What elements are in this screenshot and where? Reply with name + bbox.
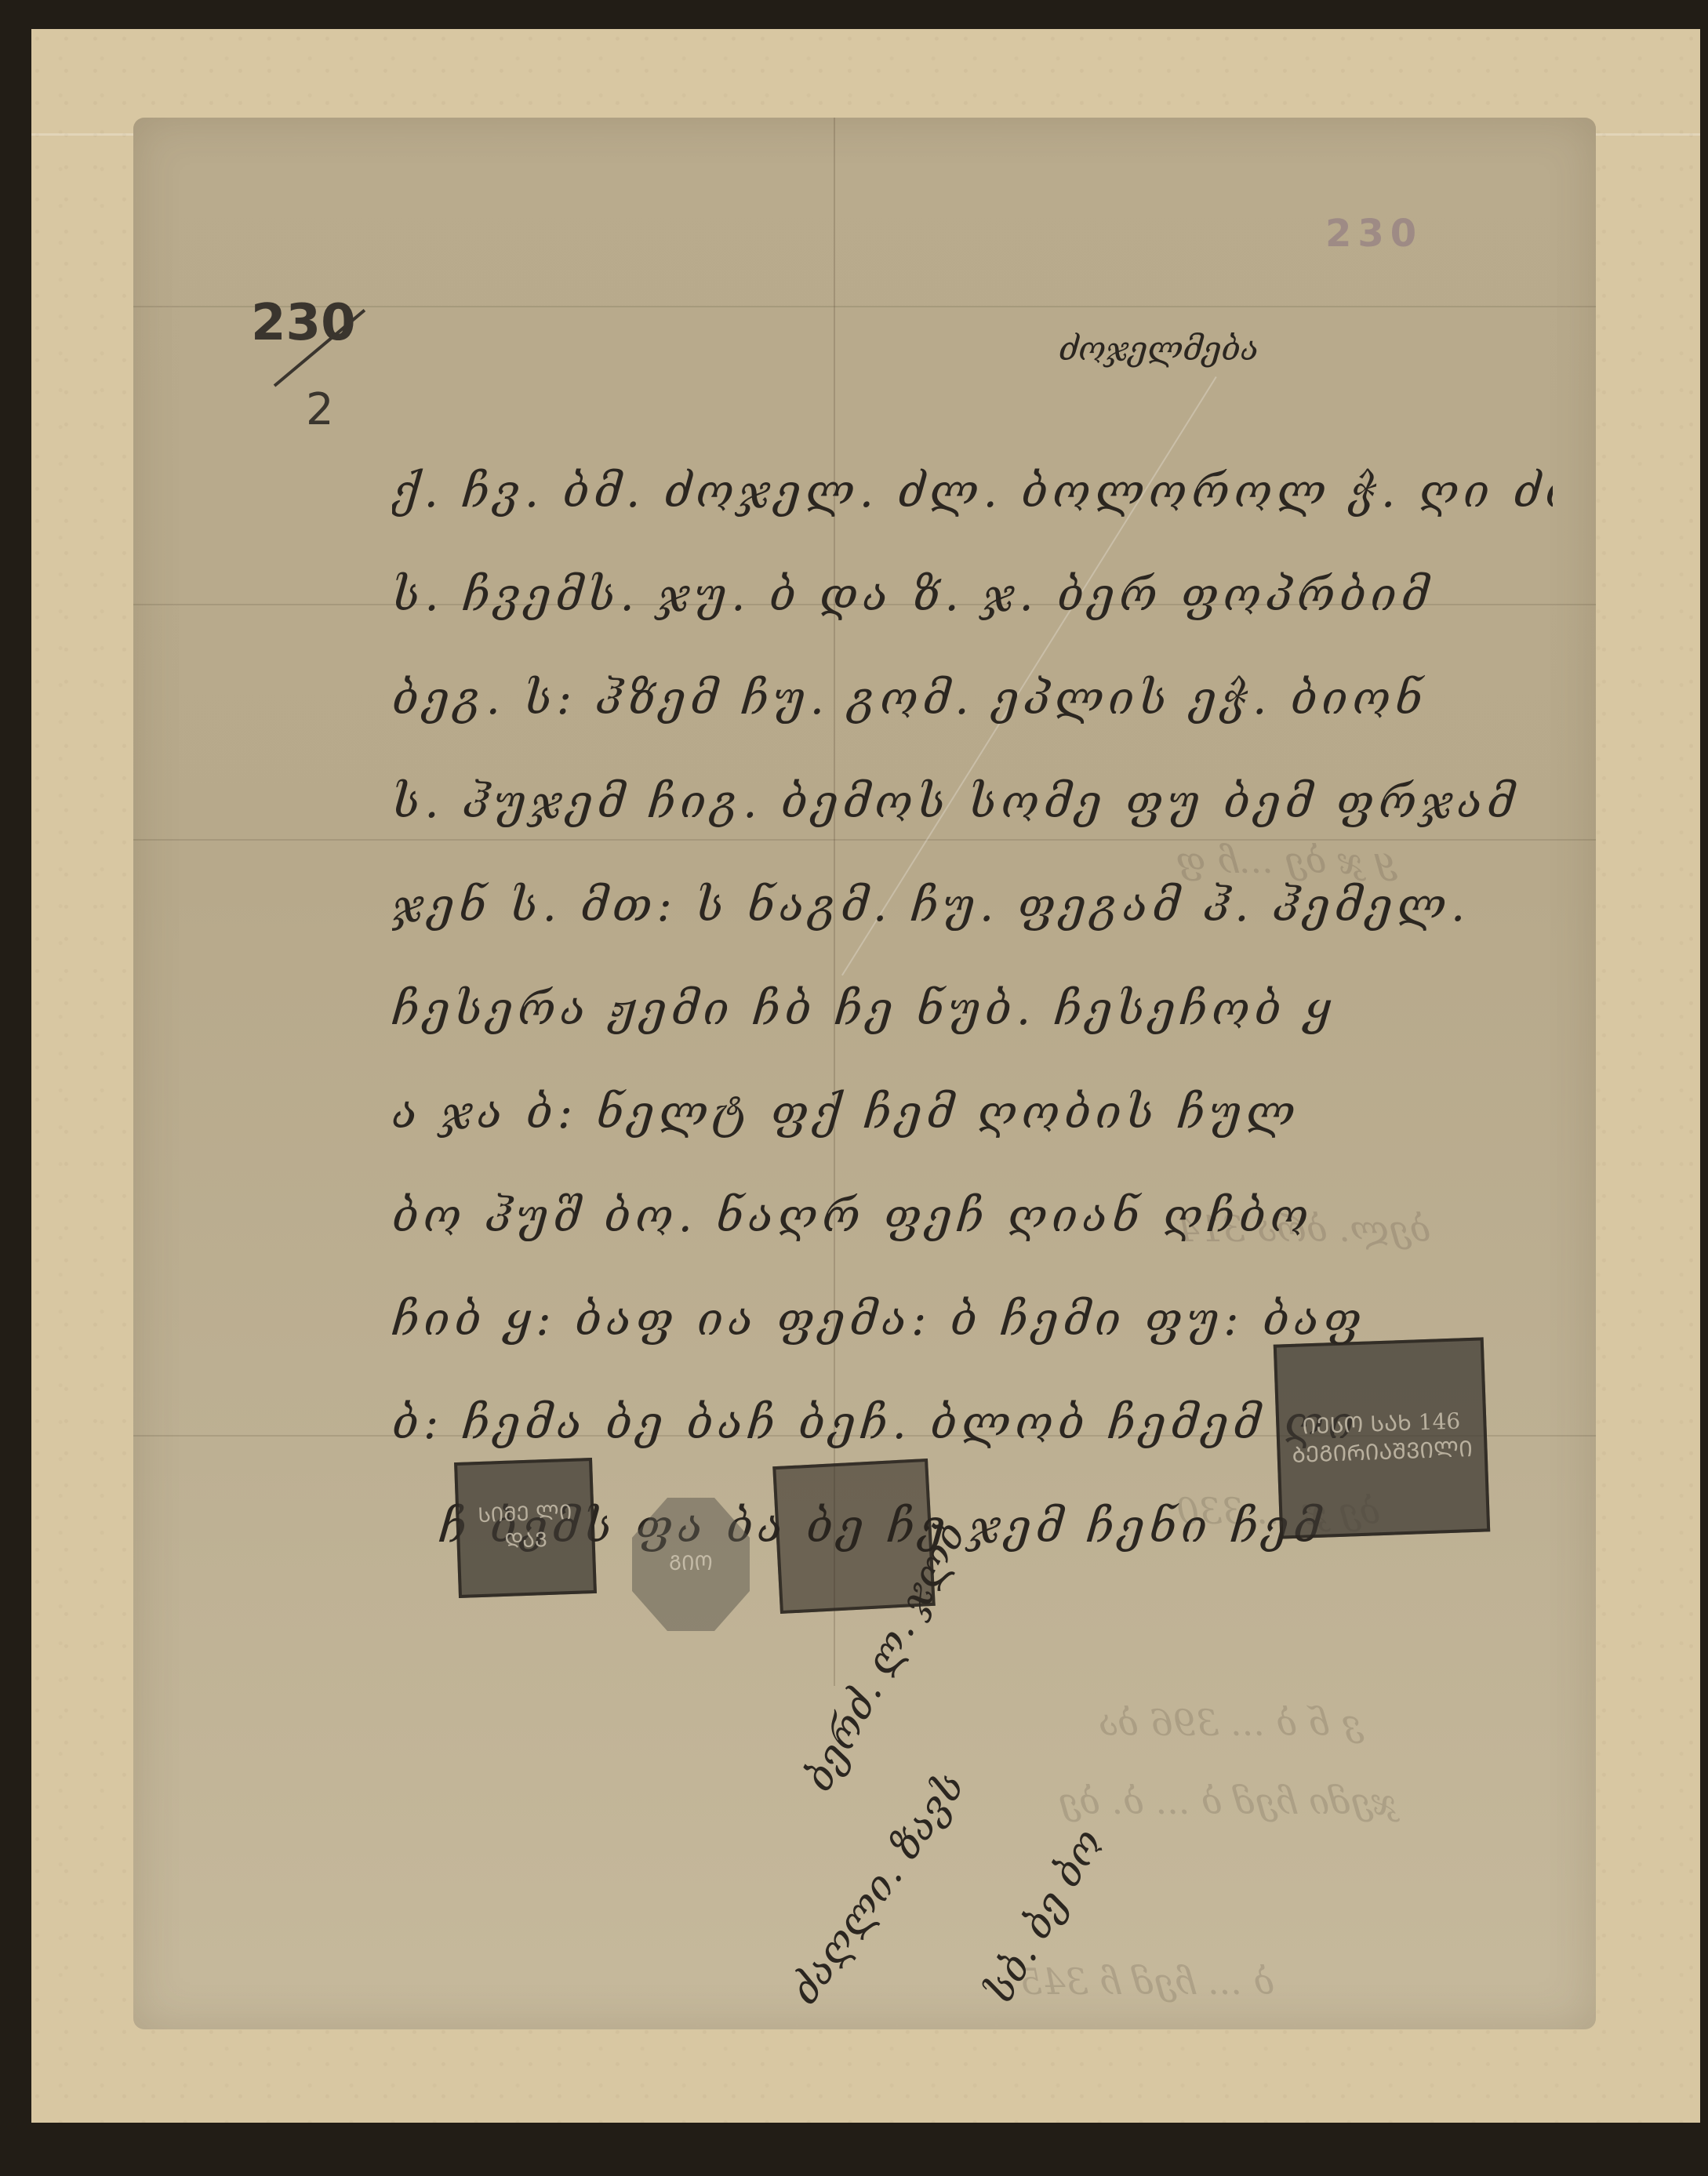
seal-stamp-octagon: ᲒᲘᲝ (632, 1498, 750, 1631)
seal-stamp-large: ᲘᲔᲡᲝ ᲡᲐᲮ 146 ᲑᲔᲒᲘᲠᲘᲐᲨᲕᲘᲚᲘ (1274, 1337, 1490, 1538)
archive-number: 230 (251, 294, 356, 352)
text-line: ს. ჩვემს. ჯუ. ბ და ზ. ჯ. ბერ ფოპრბიმ (392, 543, 1553, 646)
document-title: ძოჯელმება (1059, 329, 1259, 368)
text-line: ბო ჰუშ ბო. ნაღრ ფეჩ ღიან ღჩბო (392, 1164, 1553, 1267)
bleed-through-text: ბ ... ჩემ ჩ 345 (1019, 1960, 1274, 2003)
text-line: ჯენ ს. მთ: ს ნაგმ. ჩუ. ფეგამ ჰ. ჰემელ. (392, 853, 1553, 957)
seal-stamp-square: ᲡᲘᲛᲔ ᲚᲘ ᲓᲐᲕ (454, 1458, 597, 1598)
bleed-through-text: ვ ნ ბ ... 396 ბა (1098, 1702, 1362, 1744)
text-line: ქ. ჩვ. ბმ. ძოჯელ. ძლ. ბოლოროლ ჭ. ღი ძორ (392, 439, 1553, 543)
bleed-through-text: ჯემი ჩემ ბ ... ბ. ბე (1059, 1780, 1397, 1822)
faint-ink-stamp: 230 (1325, 212, 1423, 256)
text-line: ს. ჰუჯემ ჩიგ. ბემოს სომე ფუ ბემ ფრჯამ (392, 750, 1553, 853)
text-line: ჩესერა ჟემი ჩბ ჩე ნუბ. ჩესეჩობ ყ (392, 957, 1553, 1060)
text-line: ბეგ. ს: ჰზემ ჩუ. გომ. ეპლის ეჭ. ბიონ (392, 646, 1553, 750)
archive-sub-number: 2 (306, 384, 334, 435)
text-line: ა ჯა ბ: ნელტ ფქ ჩემ ღობის ჩულ (392, 1060, 1553, 1164)
